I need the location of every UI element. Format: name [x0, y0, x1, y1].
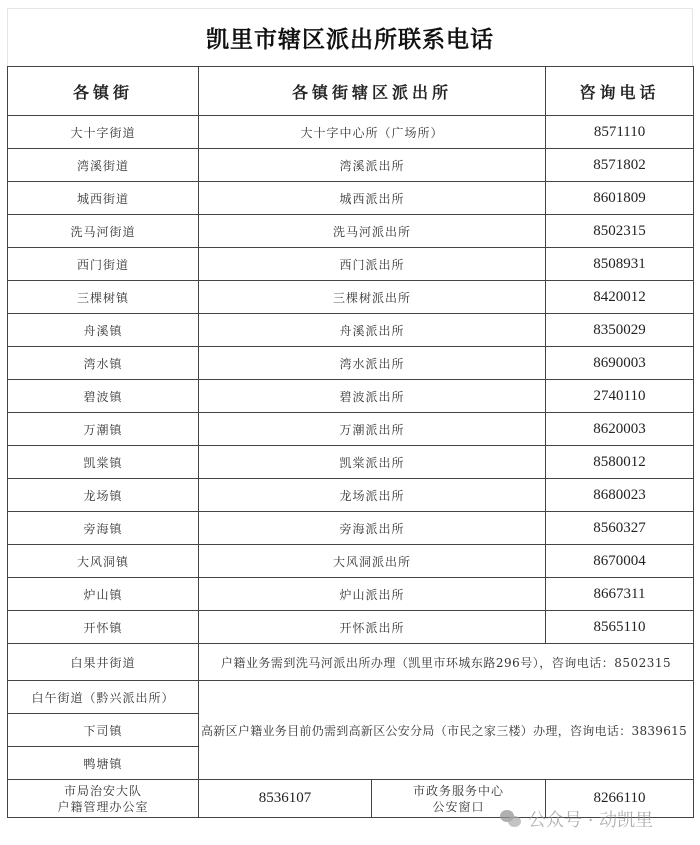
table-row: 万潮镇万潮派出所8620003: [8, 413, 694, 446]
phone-cell: 8508931: [546, 248, 694, 281]
office-cell: 市局治安大队 户籍管理办公室: [8, 780, 199, 818]
station-cell: 万潮派出所: [199, 413, 546, 446]
baiguojing-note: 户籍业务需到洗马河派出所办理（凯里市环城东路296号），咨询电话：8502315: [199, 644, 694, 681]
phone-cell: 8565110: [546, 611, 694, 644]
gaoxin-row: 白午街道（黔兴派出所） 高新区户籍业务目前仍需到高新区公安分局（市民之家三楼）办…: [8, 681, 694, 714]
phone-cell: 8680023: [546, 479, 694, 512]
bottom-row: 市局治安大队 户籍管理办公室 8536107 市政务服务中心 公安窗口 8266…: [8, 780, 694, 818]
table-row: 西门街道西门派出所8508931: [8, 248, 694, 281]
station-cell: 旁海派出所: [199, 512, 546, 545]
phone-cell: 8690003: [546, 347, 694, 380]
table-row: 城西街道城西派出所8601809: [8, 182, 694, 215]
phone-cell: 8502315: [546, 215, 694, 248]
office-line2: 户籍管理办公室: [8, 799, 198, 815]
header-row: 各镇街 各镇街辖区派出所 咨询电话: [8, 67, 694, 116]
title-box: 凯里市辖区派出所联系电话: [7, 8, 693, 66]
office-line1: 市局治安大队: [8, 783, 198, 799]
window-cell: 市政务服务中心 公安窗口: [372, 780, 546, 818]
baiguojing-row: 白果井街道 户籍业务需到洗马河派出所办理（凯里市环城东路296号），咨询电话：8…: [8, 644, 694, 681]
town-cell: 大十字街道: [8, 116, 199, 149]
table-row: 大风洞镇大风洞派出所8670004: [8, 545, 694, 578]
gaoxin-note: 高新区户籍业务目前仍需到高新区公安分局（市民之家三楼）办理，咨询电话：38396…: [199, 681, 694, 780]
station-cell: 炉山派出所: [199, 578, 546, 611]
town-cell: 西门街道: [8, 248, 199, 281]
town-cell: 凯棠镇: [8, 446, 199, 479]
town-cell: 湾水镇: [8, 347, 199, 380]
phone-cell: 8420012: [546, 281, 694, 314]
station-cell: 三棵树派出所: [199, 281, 546, 314]
office-phone: 8536107: [199, 780, 372, 818]
town-cell: 湾溪街道: [8, 149, 199, 182]
station-cell: 城西派出所: [199, 182, 546, 215]
station-cell: 舟溪派出所: [199, 314, 546, 347]
station-cell: 开怀派出所: [199, 611, 546, 644]
phone-cell: 8560327: [546, 512, 694, 545]
phone-cell: 8571802: [546, 149, 694, 182]
town-cell: 大风洞镇: [8, 545, 199, 578]
town-cell: 旁海镇: [8, 512, 199, 545]
town-cell: 万潮镇: [8, 413, 199, 446]
town-cell: 三棵树镇: [8, 281, 199, 314]
phone-cell: 8670004: [546, 545, 694, 578]
window-phone: 8266110: [546, 780, 694, 818]
table-row: 凯棠镇凯棠派出所8580012: [8, 446, 694, 479]
table-row: 三棵树镇三棵树派出所8420012: [8, 281, 694, 314]
contact-table: 各镇街 各镇街辖区派出所 咨询电话 大十字街道大十字中心所（广场所）857111…: [7, 66, 694, 818]
phone-cell: 8350029: [546, 314, 694, 347]
table-row: 大十字街道大十字中心所（广场所）8571110: [8, 116, 694, 149]
station-cell: 洗马河派出所: [199, 215, 546, 248]
window-line2: 公安窗口: [372, 799, 545, 815]
phone-cell: 8580012: [546, 446, 694, 479]
station-cell: 湾溪派出所: [199, 149, 546, 182]
town-cell: 鸭塘镇: [8, 747, 199, 780]
phone-cell: 8601809: [546, 182, 694, 215]
station-cell: 西门派出所: [199, 248, 546, 281]
station-cell: 大风洞派出所: [199, 545, 546, 578]
page-title: 凯里市辖区派出所联系电话: [206, 21, 494, 54]
station-cell: 碧波派出所: [199, 380, 546, 413]
town-cell: 下司镇: [8, 714, 199, 747]
header-phone: 咨询电话: [546, 67, 694, 116]
table-row: 洗马河街道洗马河派出所8502315: [8, 215, 694, 248]
table-row: 湾溪街道湾溪派出所8571802: [8, 149, 694, 182]
phone-cell: 8571110: [546, 116, 694, 149]
window-line1: 市政务服务中心: [372, 783, 545, 799]
station-cell: 龙场派出所: [199, 479, 546, 512]
station-cell: 凯棠派出所: [199, 446, 546, 479]
phone-cell: 8620003: [546, 413, 694, 446]
table-row: 旁海镇旁海派出所8560327: [8, 512, 694, 545]
station-cell: 大十字中心所（广场所）: [199, 116, 546, 149]
phone-cell: 8667311: [546, 578, 694, 611]
header-station: 各镇街辖区派出所: [199, 67, 546, 116]
town-cell: 白午街道（黔兴派出所）: [8, 681, 199, 714]
table-row: 碧波镇碧波派出所2740110: [8, 380, 694, 413]
town-cell: 洗马河街道: [8, 215, 199, 248]
town-cell: 白果井街道: [8, 644, 199, 681]
town-cell: 炉山镇: [8, 578, 199, 611]
table-row: 开怀镇开怀派出所8565110: [8, 611, 694, 644]
town-cell: 碧波镇: [8, 380, 199, 413]
town-cell: 开怀镇: [8, 611, 199, 644]
page: 凯里市辖区派出所联系电话 各镇街 各镇街辖区派出所 咨询电话 大十字街道大十字中…: [0, 0, 700, 845]
table-row: 湾水镇湾水派出所8690003: [8, 347, 694, 380]
town-cell: 舟溪镇: [8, 314, 199, 347]
phone-cell: 2740110: [546, 380, 694, 413]
table-row: 舟溪镇舟溪派出所8350029: [8, 314, 694, 347]
town-cell: 城西街道: [8, 182, 199, 215]
town-cell: 龙场镇: [8, 479, 199, 512]
station-cell: 湾水派出所: [199, 347, 546, 380]
header-town: 各镇街: [8, 67, 199, 116]
table-row: 龙场镇龙场派出所8680023: [8, 479, 694, 512]
table-row: 炉山镇炉山派出所8667311: [8, 578, 694, 611]
